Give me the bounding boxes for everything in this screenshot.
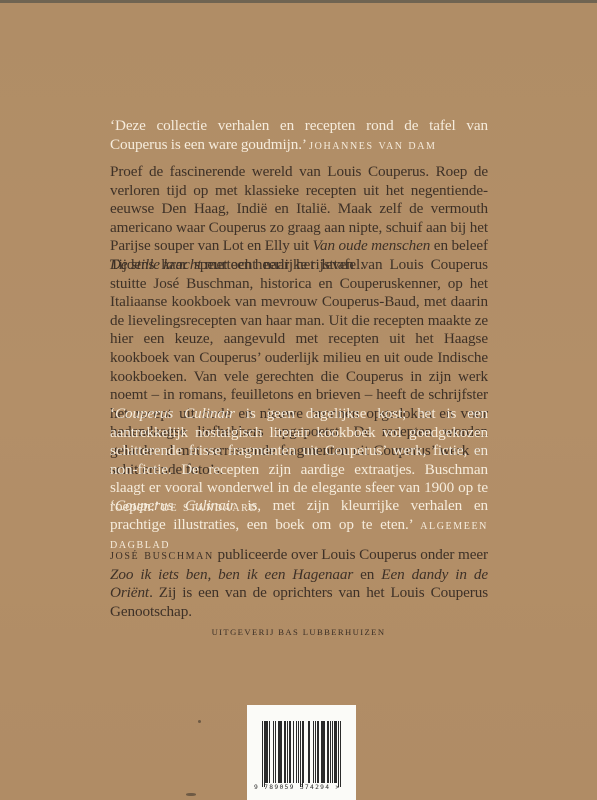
author-name: José Buschman <box>110 548 214 563</box>
bio-text: . Zij is een van de oprichters van het L… <box>110 584 488 620</box>
cover-speck <box>186 793 196 796</box>
cover-top-edge <box>0 0 597 3</box>
bio-text: en <box>353 566 381 583</box>
cover-speck <box>198 720 201 723</box>
barcode-digits: 9 789059 374294 > <box>254 784 354 791</box>
bio-text: publiceerde over Louis Couperus onder me… <box>214 546 488 563</box>
review-quote-van-dam: ‘Deze collectie verhalen en recepten ron… <box>110 117 488 155</box>
quote-source: Johannes van Dam <box>309 138 436 153</box>
book-title-van-oude-menschen: Van oude menschen <box>313 237 431 254</box>
book-title-couperus-culinair: Couperus Culinair <box>115 405 235 422</box>
publisher-name: Uitgeverij Bas Lubberhuizen <box>0 627 597 637</box>
author-bio: José Buschman publiceerde over Louis Cou… <box>110 546 488 621</box>
intro-text: en beleef <box>430 237 488 254</box>
book-title-couperus-culinair: Couperus Culinair <box>115 497 236 514</box>
isbn-barcode-label: 9 789059 374294 > <box>247 705 356 800</box>
book-back-cover: ‘Deze collectie verhalen en recepten ron… <box>0 0 597 800</box>
book-title-zoo-ik-iets-ben: Zoo ik iets ben, ben ik een Hagenaar <box>110 566 353 583</box>
